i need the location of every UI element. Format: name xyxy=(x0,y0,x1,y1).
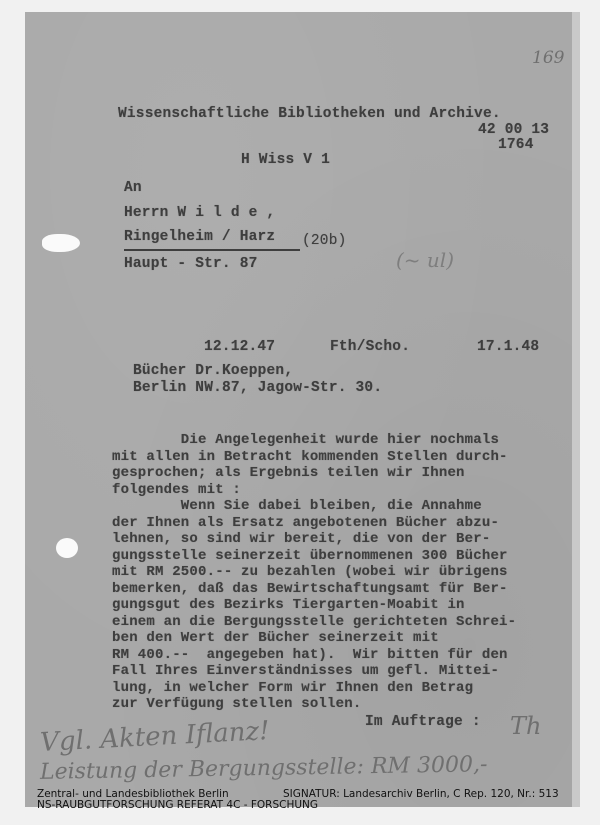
postal-district: (20b) xyxy=(302,233,347,249)
body-line: gungsgut des Bezirks Tiergarten-Moabit i… xyxy=(112,597,465,614)
their-letter-date: 12.12.47 xyxy=(204,339,275,355)
letter-date: 17.1.48 xyxy=(477,339,539,355)
subject-line-1: Bücher Dr.Koeppen, xyxy=(133,363,293,379)
recipient-salutation: An xyxy=(124,180,142,196)
department-code: H Wiss V 1 xyxy=(241,152,330,168)
body-line: lung, in welcher Form wir Ihnen den Betr… xyxy=(112,680,473,697)
body-line: lehnen, so sind wir bereit, die von der … xyxy=(112,531,490,548)
body-line: zur Verfügung stellen sollen. xyxy=(112,696,361,713)
footer-signature-ref: SIGNATUR: Landesarchiv Berlin, C Rep. 12… xyxy=(283,788,559,800)
page-number: 169 xyxy=(532,48,564,68)
body-line: folgendes mit : xyxy=(112,482,241,499)
phone-number: 42 00 13 xyxy=(478,122,549,138)
body-line: RM 400.-- angegeben hat). Wir bitten für… xyxy=(112,647,508,664)
page-edge xyxy=(572,12,580,807)
punch-hole-bottom xyxy=(56,538,78,558)
body-line: Fall Ihres Einverständnisses um gefl. Mi… xyxy=(112,663,499,680)
body-line: der Ihnen als Ersatz angebotenen Bücher … xyxy=(112,515,499,532)
recipient-name: Herrn W i l d e , xyxy=(124,205,275,221)
reference-code: Fth/Scho. xyxy=(330,339,410,355)
body-line: mit allen in Betracht kommenden Stellen … xyxy=(112,449,508,466)
body-line: bemerken, daß das Bewirtschaftungsamt fü… xyxy=(112,581,508,598)
punch-hole-top xyxy=(42,234,80,252)
body-line: mit RM 2500.-- zu bezahlen (wobei wir üb… xyxy=(112,564,508,581)
footer-project: NS-RAUBGUTFORSCHUNG REFERAT 4C - FORSCHU… xyxy=(37,799,318,811)
recipient-street: Haupt - Str. 87 xyxy=(124,256,258,272)
extension-number: 1764 xyxy=(498,137,534,153)
body-line: Wenn Sie dabei bleiben, die Annahme xyxy=(112,498,482,515)
city-underline xyxy=(124,249,300,251)
body-line: Die Angelegenheit wurde hier nochmals xyxy=(112,432,499,449)
recipient-city: Ringelheim / Harz xyxy=(124,229,275,245)
institution-name: Wissenschaftliche Bibliotheken und Archi… xyxy=(118,106,501,122)
body-line: gungsstelle seinerzeit übernommenen 300 … xyxy=(112,548,508,565)
body-line: gesprochen; als Ergebnis teilen wir Ihne… xyxy=(112,465,465,482)
subject-line-2: Berlin NW.87, Jagow-Str. 30. xyxy=(133,380,382,396)
body-line: ben den Wert der Bücher seinerzeit mit xyxy=(112,630,439,647)
signature-initial: Th xyxy=(510,712,541,740)
margin-annotation: (~ ul) xyxy=(396,248,454,272)
body-line: einem an die Bergungsstelle gerichteten … xyxy=(112,614,516,631)
closing-phrase: Im Auftrage : xyxy=(365,714,481,730)
